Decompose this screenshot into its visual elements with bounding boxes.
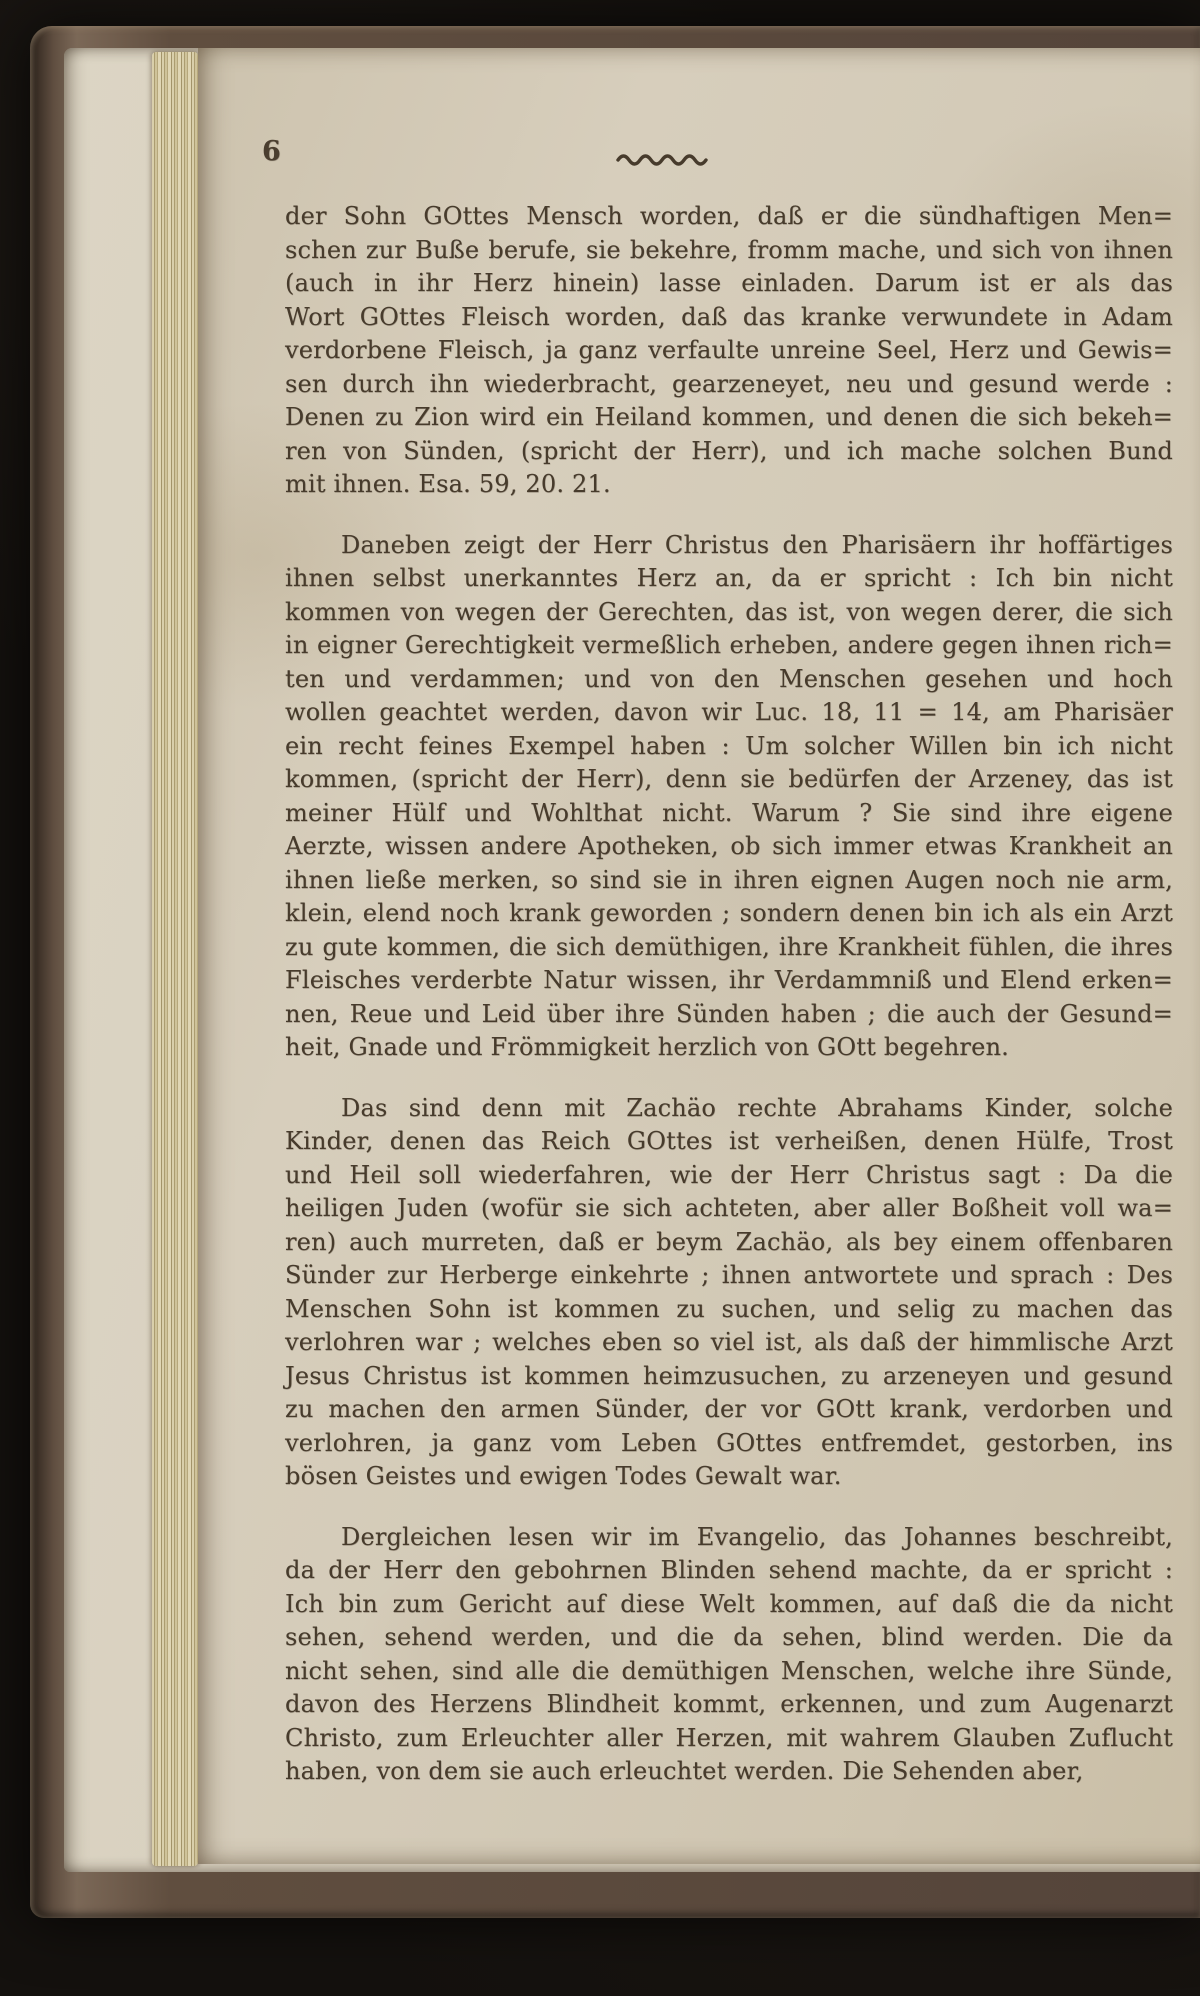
text-line: Menschen Sohn ist kommen zu suchen, und … — [285, 1293, 1173, 1327]
text-line: Ich bin zum Gericht auf diese Welt komme… — [285, 1588, 1173, 1622]
text-line: nen, Reue und Leid über ihre Sünden habe… — [285, 998, 1173, 1032]
text-line: der Sohn GOttes Mensch worden, daß er di… — [285, 200, 1173, 234]
text-line: ihnen selbst unerkanntes Herz an, da er … — [285, 562, 1173, 596]
text-line: Wort GOttes Fleisch worden, daß das kran… — [285, 301, 1173, 335]
book-page: 6 der Sohn GOttes Mensch worden, daß er … — [198, 48, 1200, 1864]
paragraph: Daneben zeigt der Herr Christus den Phar… — [285, 529, 1173, 1065]
paragraph: Dergleichen lesen wir im Evangelio, das … — [285, 1521, 1173, 1789]
text-line: Christo, zum Erleuchter aller Herzen, mi… — [285, 1722, 1173, 1756]
text-line: Daneben zeigt der Herr Christus den Phar… — [285, 529, 1173, 563]
text-line: heiligen Juden (wofür sie sich achteten,… — [285, 1192, 1173, 1226]
text-line: verlohren war ; welches eben so viel ist… — [285, 1326, 1173, 1360]
text-line: klein, elend noch krank geworden ; sonde… — [285, 897, 1173, 931]
text-line: mit ihnen. Esa. 59, 20. 21. — [285, 468, 1173, 502]
text-line: ren von Sünden, (spricht der Herr), und … — [285, 435, 1173, 469]
text-line: ihnen ließe merken, so sind sie in ihren… — [285, 864, 1173, 898]
page-edge-stack — [152, 52, 198, 1866]
text-line: Fleisches verderbte Natur wissen, ihr Ve… — [285, 964, 1173, 998]
text-line: Sünder zur Herberge einkehrte ; ihnen an… — [285, 1259, 1173, 1293]
text-line: ten und verdammen; und von den Menschen … — [285, 663, 1173, 697]
text-line: und Heil soll wiederfahren, wie der Herr… — [285, 1159, 1173, 1193]
text-line: Aerzte, wissen andere Apotheken, ob sich… — [285, 830, 1173, 864]
page-text: der Sohn GOttes Mensch worden, daß er di… — [285, 200, 1173, 1789]
paragraph: Das sind denn mit Zachäo rechte Abrahams… — [285, 1092, 1173, 1494]
squiggle-ornament-icon — [614, 152, 710, 168]
underlying-page: 6 der Sohn GOttes Mensch worden, daß er … — [64, 48, 1200, 1872]
text-line: in eigner Gerechtigkeit vermeßlich erheb… — [285, 629, 1173, 663]
book-cover: 6 der Sohn GOttes Mensch worden, daß er … — [30, 26, 1200, 1918]
page-number: 6 — [262, 136, 281, 167]
text-line: zu machen den armen Sünder, der vor GOtt… — [285, 1393, 1173, 1427]
text-line: sehen, sehend werden, und die da sehen, … — [285, 1621, 1173, 1655]
text-line: da der Herr den gebohrnen Blinden sehend… — [285, 1554, 1173, 1588]
text-line: kommen von wegen der Gerechten, das ist,… — [285, 596, 1173, 630]
text-line: verdorbene Fleisch, ja ganz verfaulte un… — [285, 334, 1173, 368]
text-line: wollen geachtet werden, davon wir Luc. 1… — [285, 696, 1173, 730]
text-line: verlohren, ja ganz vom Leben GOttes entf… — [285, 1427, 1173, 1461]
text-line: davon des Herzens Blindheit kommt, erken… — [285, 1688, 1173, 1722]
text-line: bösen Geistes und ewigen Todes Gewalt wa… — [285, 1460, 1173, 1494]
text-line: Das sind denn mit Zachäo rechte Abrahams… — [285, 1092, 1173, 1126]
text-line: Denen zu Zion wird ein Heiland kommen, u… — [285, 401, 1173, 435]
text-line: kommen, (spricht der Herr), denn sie bed… — [285, 763, 1173, 797]
text-line: nicht sehen, sind alle die demüthigen Me… — [285, 1655, 1173, 1689]
text-line: Kinder, denen das Reich GOttes ist verhe… — [285, 1125, 1173, 1159]
text-line: ein recht feines Exempel haben : Um solc… — [285, 730, 1173, 764]
text-line: sen durch ihn wiederbracht, gearzeneyet,… — [285, 368, 1173, 402]
text-line: heit, Gnade und Frömmigkeit herzlich von… — [285, 1031, 1173, 1065]
paragraph: der Sohn GOttes Mensch worden, daß er di… — [285, 200, 1173, 502]
text-line: (auch in ihr Herz hinein) lasse einladen… — [285, 267, 1173, 301]
text-line: ren) auch murreten, daß er beym Zachäo, … — [285, 1226, 1173, 1260]
text-line: schen zur Buße berufe, sie bekehre, from… — [285, 234, 1173, 268]
text-line: Jesus Christus ist kommen heimzusuchen, … — [285, 1360, 1173, 1394]
text-line: haben, von dem sie auch erleuchtet werde… — [285, 1755, 1173, 1789]
text-line: meiner Hülf und Wohlthat nicht. Warum ? … — [285, 797, 1173, 831]
text-line: Dergleichen lesen wir im Evangelio, das … — [285, 1521, 1173, 1555]
text-line: zu gute kommen, die sich demüthigen, ihr… — [285, 931, 1173, 965]
photo-background: 6 der Sohn GOttes Mensch worden, daß er … — [0, 0, 1200, 1996]
